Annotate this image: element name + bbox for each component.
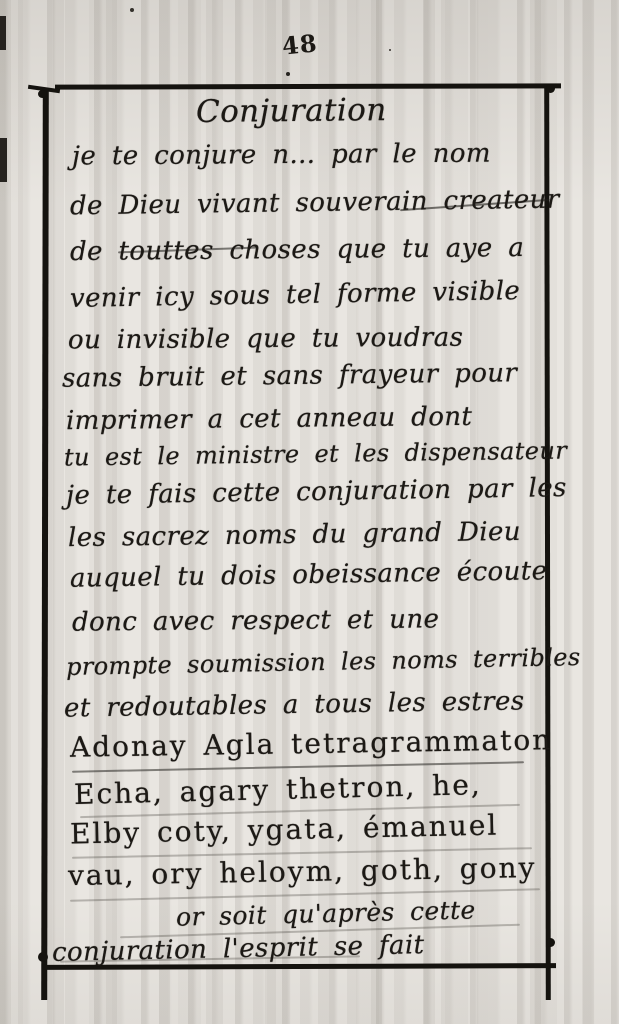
manuscript-line: sans bruit et sans frayeur pour — [62, 360, 518, 392]
manuscript-line: prompte soumission les noms terribles — [66, 645, 581, 679]
manuscript-page: 48 Conjuration je te conjure n... par le… — [0, 0, 619, 1024]
ink-blob — [38, 952, 48, 962]
ink-speck — [130, 8, 134, 12]
scan-edge-mark — [0, 138, 7, 182]
scan-edge-mark — [0, 16, 6, 50]
manuscript-line-divine-names: Echa, agary thetron, he, — [74, 771, 482, 809]
frame-border-top — [55, 83, 561, 89]
manuscript-line: de touttes choses que tu aye a — [70, 235, 524, 265]
ink-blob — [546, 84, 555, 93]
manuscript-line: ou invisible que tu voudras — [68, 325, 463, 354]
manuscript-line: les sacrez noms du grand Dieu — [68, 519, 521, 551]
ink-blob — [38, 90, 47, 98]
manuscript-title: Conjuration — [196, 95, 387, 128]
manuscript-line: venir icy sous tel forme visible — [70, 278, 521, 312]
ink-blob — [546, 938, 555, 947]
manuscript-line: tu est le ministre et les dispensateur — [64, 438, 567, 469]
ink-speck — [286, 72, 290, 76]
manuscript-line: donc avec respect et une — [72, 606, 440, 635]
manuscript-line-divine-names: Adonay Agla tetragrammaton — [70, 726, 553, 762]
frame-border-right — [544, 84, 551, 1000]
manuscript-line: conjuration l'esprit se fait — [52, 932, 425, 966]
frame-border-left — [41, 88, 49, 1000]
manuscript-line-divine-names: Elby coty, ygata, émanuel — [70, 812, 499, 849]
manuscript-line: auquel tu dois obeissance écoute — [70, 558, 548, 591]
manuscript-line: or soit qu'après cette — [176, 897, 476, 929]
manuscript-line: imprimer a cet anneau dont — [66, 404, 473, 434]
manuscript-line: je te conjure n... par le nom — [72, 141, 491, 170]
page-number: 48 — [281, 28, 319, 61]
manuscript-line-divine-names: vau, ory heloym, goth, gony — [68, 854, 537, 890]
manuscript-line: et redoutables a tous les estres — [64, 688, 525, 721]
manuscript-line: je te fais cette conjuration par les — [66, 475, 567, 509]
manuscript-line: de Dieu vivant souverain createur — [70, 187, 560, 220]
